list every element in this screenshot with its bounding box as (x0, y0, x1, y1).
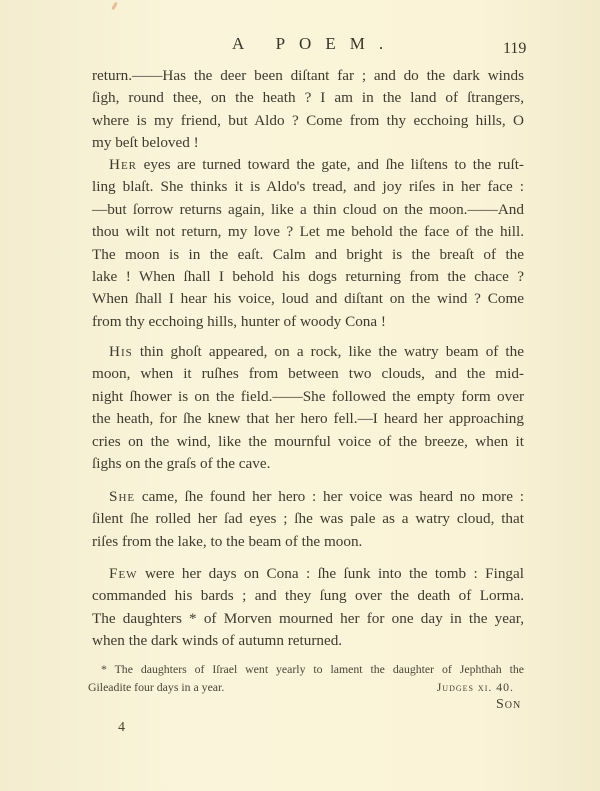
text-fragment: came, ſhe found her hero : her voice was… (135, 488, 524, 505)
page-number: 119 (503, 40, 526, 58)
text-line: ſigh, round thee, on the heath ? I am in… (92, 87, 524, 109)
text-line: Her eyes are turned toward the gate, and… (92, 154, 524, 176)
text-line: return.——Has the deer been diſtant far ;… (92, 65, 524, 87)
text-line: ſighs on the graſs of the cave. (92, 453, 524, 475)
signature-mark: 4 (118, 720, 125, 736)
footnote-text: Gileadite four days in a year. (88, 680, 224, 694)
text-line: She came, ſhe found her hero : her voice… (92, 486, 524, 508)
paragraph-5: Few were her days on Cona : ſhe ſunk int… (92, 563, 524, 653)
paragraph-lead: She (109, 488, 135, 505)
text-line: when the dark winds of autumn returned. (92, 630, 524, 652)
catchword: Son (496, 697, 521, 713)
text-line: thou wilt not return, my love ? Let me b… (92, 221, 524, 243)
text-line: The daughters * of Morven mourned her fo… (92, 608, 524, 630)
paragraph-3: His thin ghoſt appeared, on a rock, like… (92, 341, 524, 475)
paragraph-4: She came, ſhe found her hero : her voice… (92, 486, 524, 553)
text-line: moon, when it ruſhes from between two cl… (92, 363, 524, 385)
paragraph-1: return.——Has the deer been diſtant far ;… (92, 65, 524, 155)
ink-smudge (111, 2, 118, 10)
text-fragment: eyes are turned toward the gate, and ſhe… (137, 156, 524, 173)
paragraph-lead: Her (109, 156, 137, 173)
text-line: ling blaſt. She thinks it is Aldo's trea… (92, 176, 524, 198)
text-line: cries on the wind, like the mournful voi… (92, 431, 524, 453)
text-line: The moon is in the eaſt. Calm and bright… (92, 244, 524, 266)
text-line: —but ſorrow returns again, like a thin c… (92, 199, 524, 221)
running-title: A POEM. (232, 34, 397, 54)
paragraph-lead: Few (109, 565, 138, 582)
text-line: my beſt beloved ! (92, 132, 524, 154)
text-line: commanded his bards ; and they ſung over… (92, 585, 524, 607)
paragraph-2: Her eyes are turned toward the gate, and… (92, 154, 524, 333)
text-line: lake ! When ſhall I behold his dogs retu… (92, 266, 524, 288)
text-line: night ſhower is on the field.——She follo… (92, 386, 524, 408)
text-line: riſes from the lake, to the beam of the … (92, 531, 524, 553)
text-line: the heath, for ſhe knew that her hero fe… (92, 408, 524, 430)
text-line: His thin ghoſt appeared, on a rock, like… (92, 341, 524, 363)
book-page: A POEM. 119 return.——Has the deer been d… (0, 0, 600, 791)
text-line: where is my friend, but Aldo ? Come from… (92, 110, 524, 132)
footnote-reference: Judges xi. 40. (437, 678, 514, 696)
running-head: A POEM. 119 (0, 34, 600, 58)
text-fragment: thin ghoſt appeared, on a rock, like the… (133, 343, 524, 360)
text-line: When ſhall I hear his voice, loud and di… (92, 288, 524, 310)
text-line: ſilent ſhe rolled her ſad eyes ; ſhe was… (92, 508, 524, 530)
footnote-line: Gileadite four days in a year. Judges xi… (88, 678, 524, 696)
footnote-line: * The daughters of Iſrael went yearly to… (88, 660, 524, 678)
paragraph-lead: His (109, 343, 133, 360)
text-line: Few were her days on Cona : ſhe ſunk int… (92, 563, 524, 585)
text-line: from thy ecchoing hills, hunter of woody… (92, 311, 524, 333)
footnote: * The daughters of Iſrael went yearly to… (88, 660, 524, 696)
text-fragment: were her days on Cona : ſhe ſunk into th… (138, 565, 524, 582)
